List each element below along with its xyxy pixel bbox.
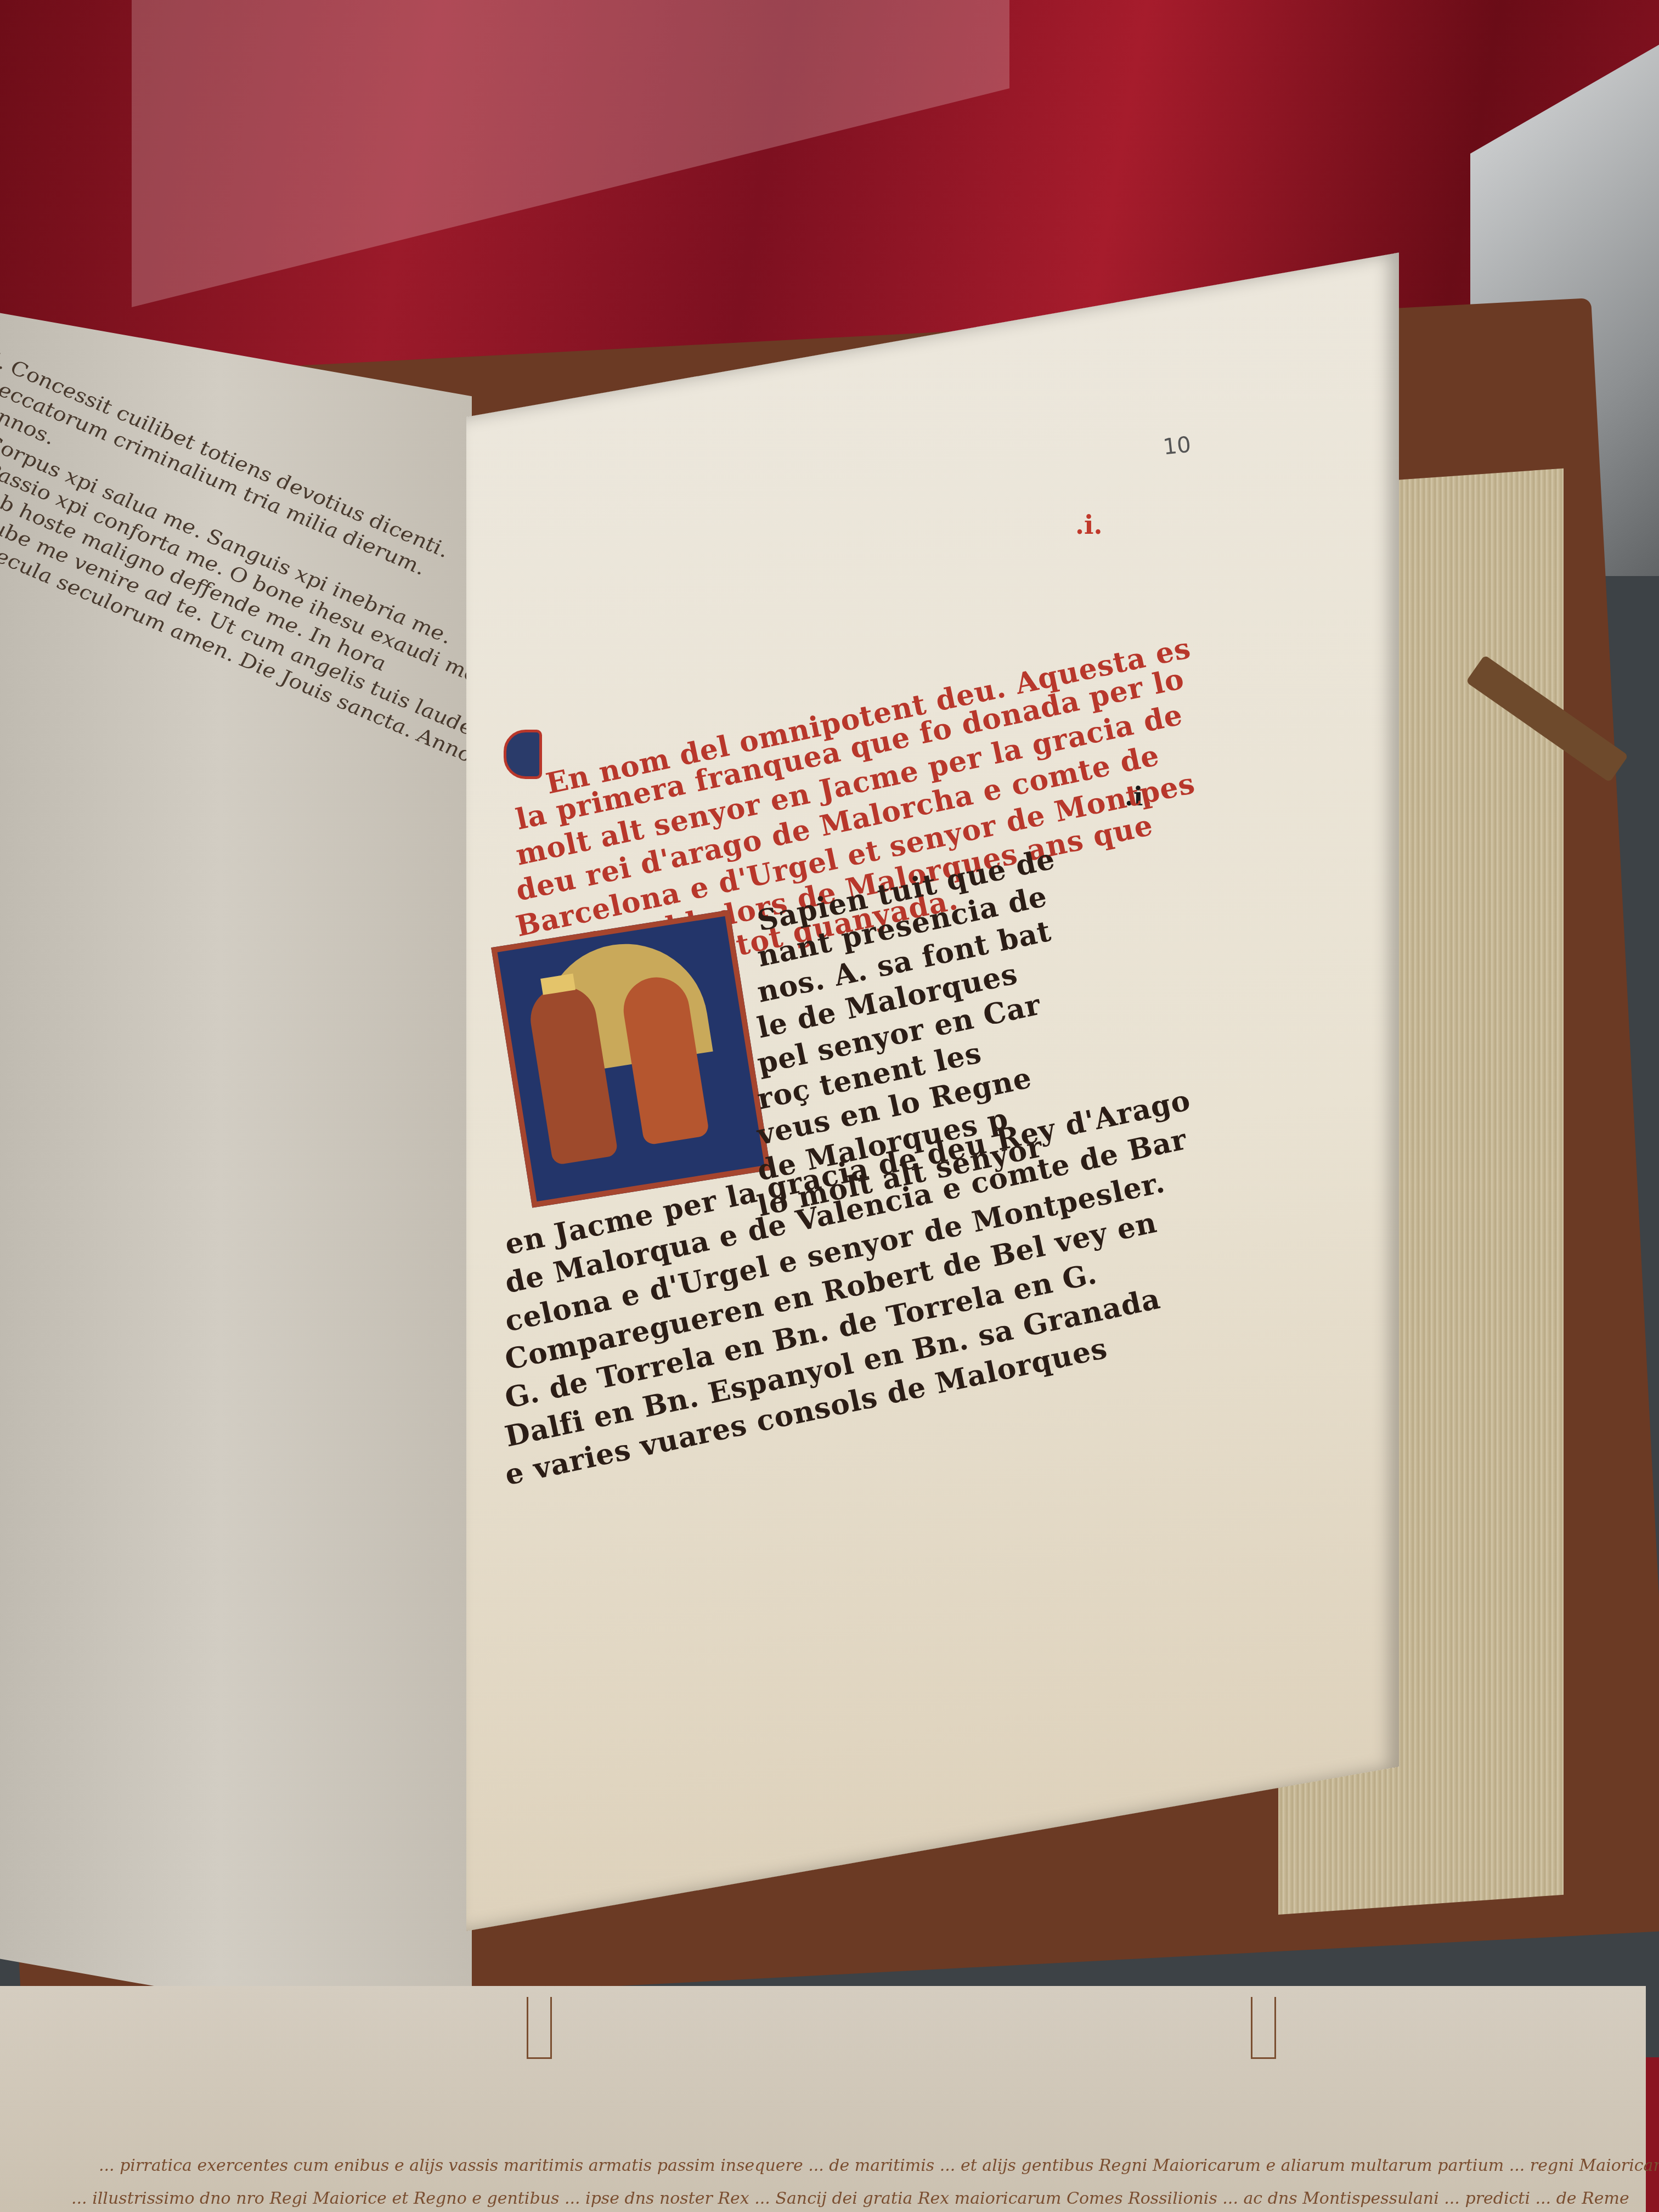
charter-line: ... illustrissimo dno nro Regi Maiorice … xyxy=(71,2189,1629,2208)
charter-line: ... pirratica exercentes cum enibus e al… xyxy=(99,2156,1659,2175)
latin-charter: ... pirratica exercentes cum enibus e al… xyxy=(0,1986,1646,2212)
seal-cord xyxy=(527,1997,552,2059)
seal-cord xyxy=(1251,1997,1276,2059)
decorated-initial xyxy=(504,730,542,779)
left-page: ij. Concessit cuilibet totiens devotius … xyxy=(0,307,472,2042)
folio-number: 10 xyxy=(1162,432,1192,460)
rubric-mark: .i. xyxy=(1075,510,1103,540)
illuminated-miniature xyxy=(491,910,771,1208)
